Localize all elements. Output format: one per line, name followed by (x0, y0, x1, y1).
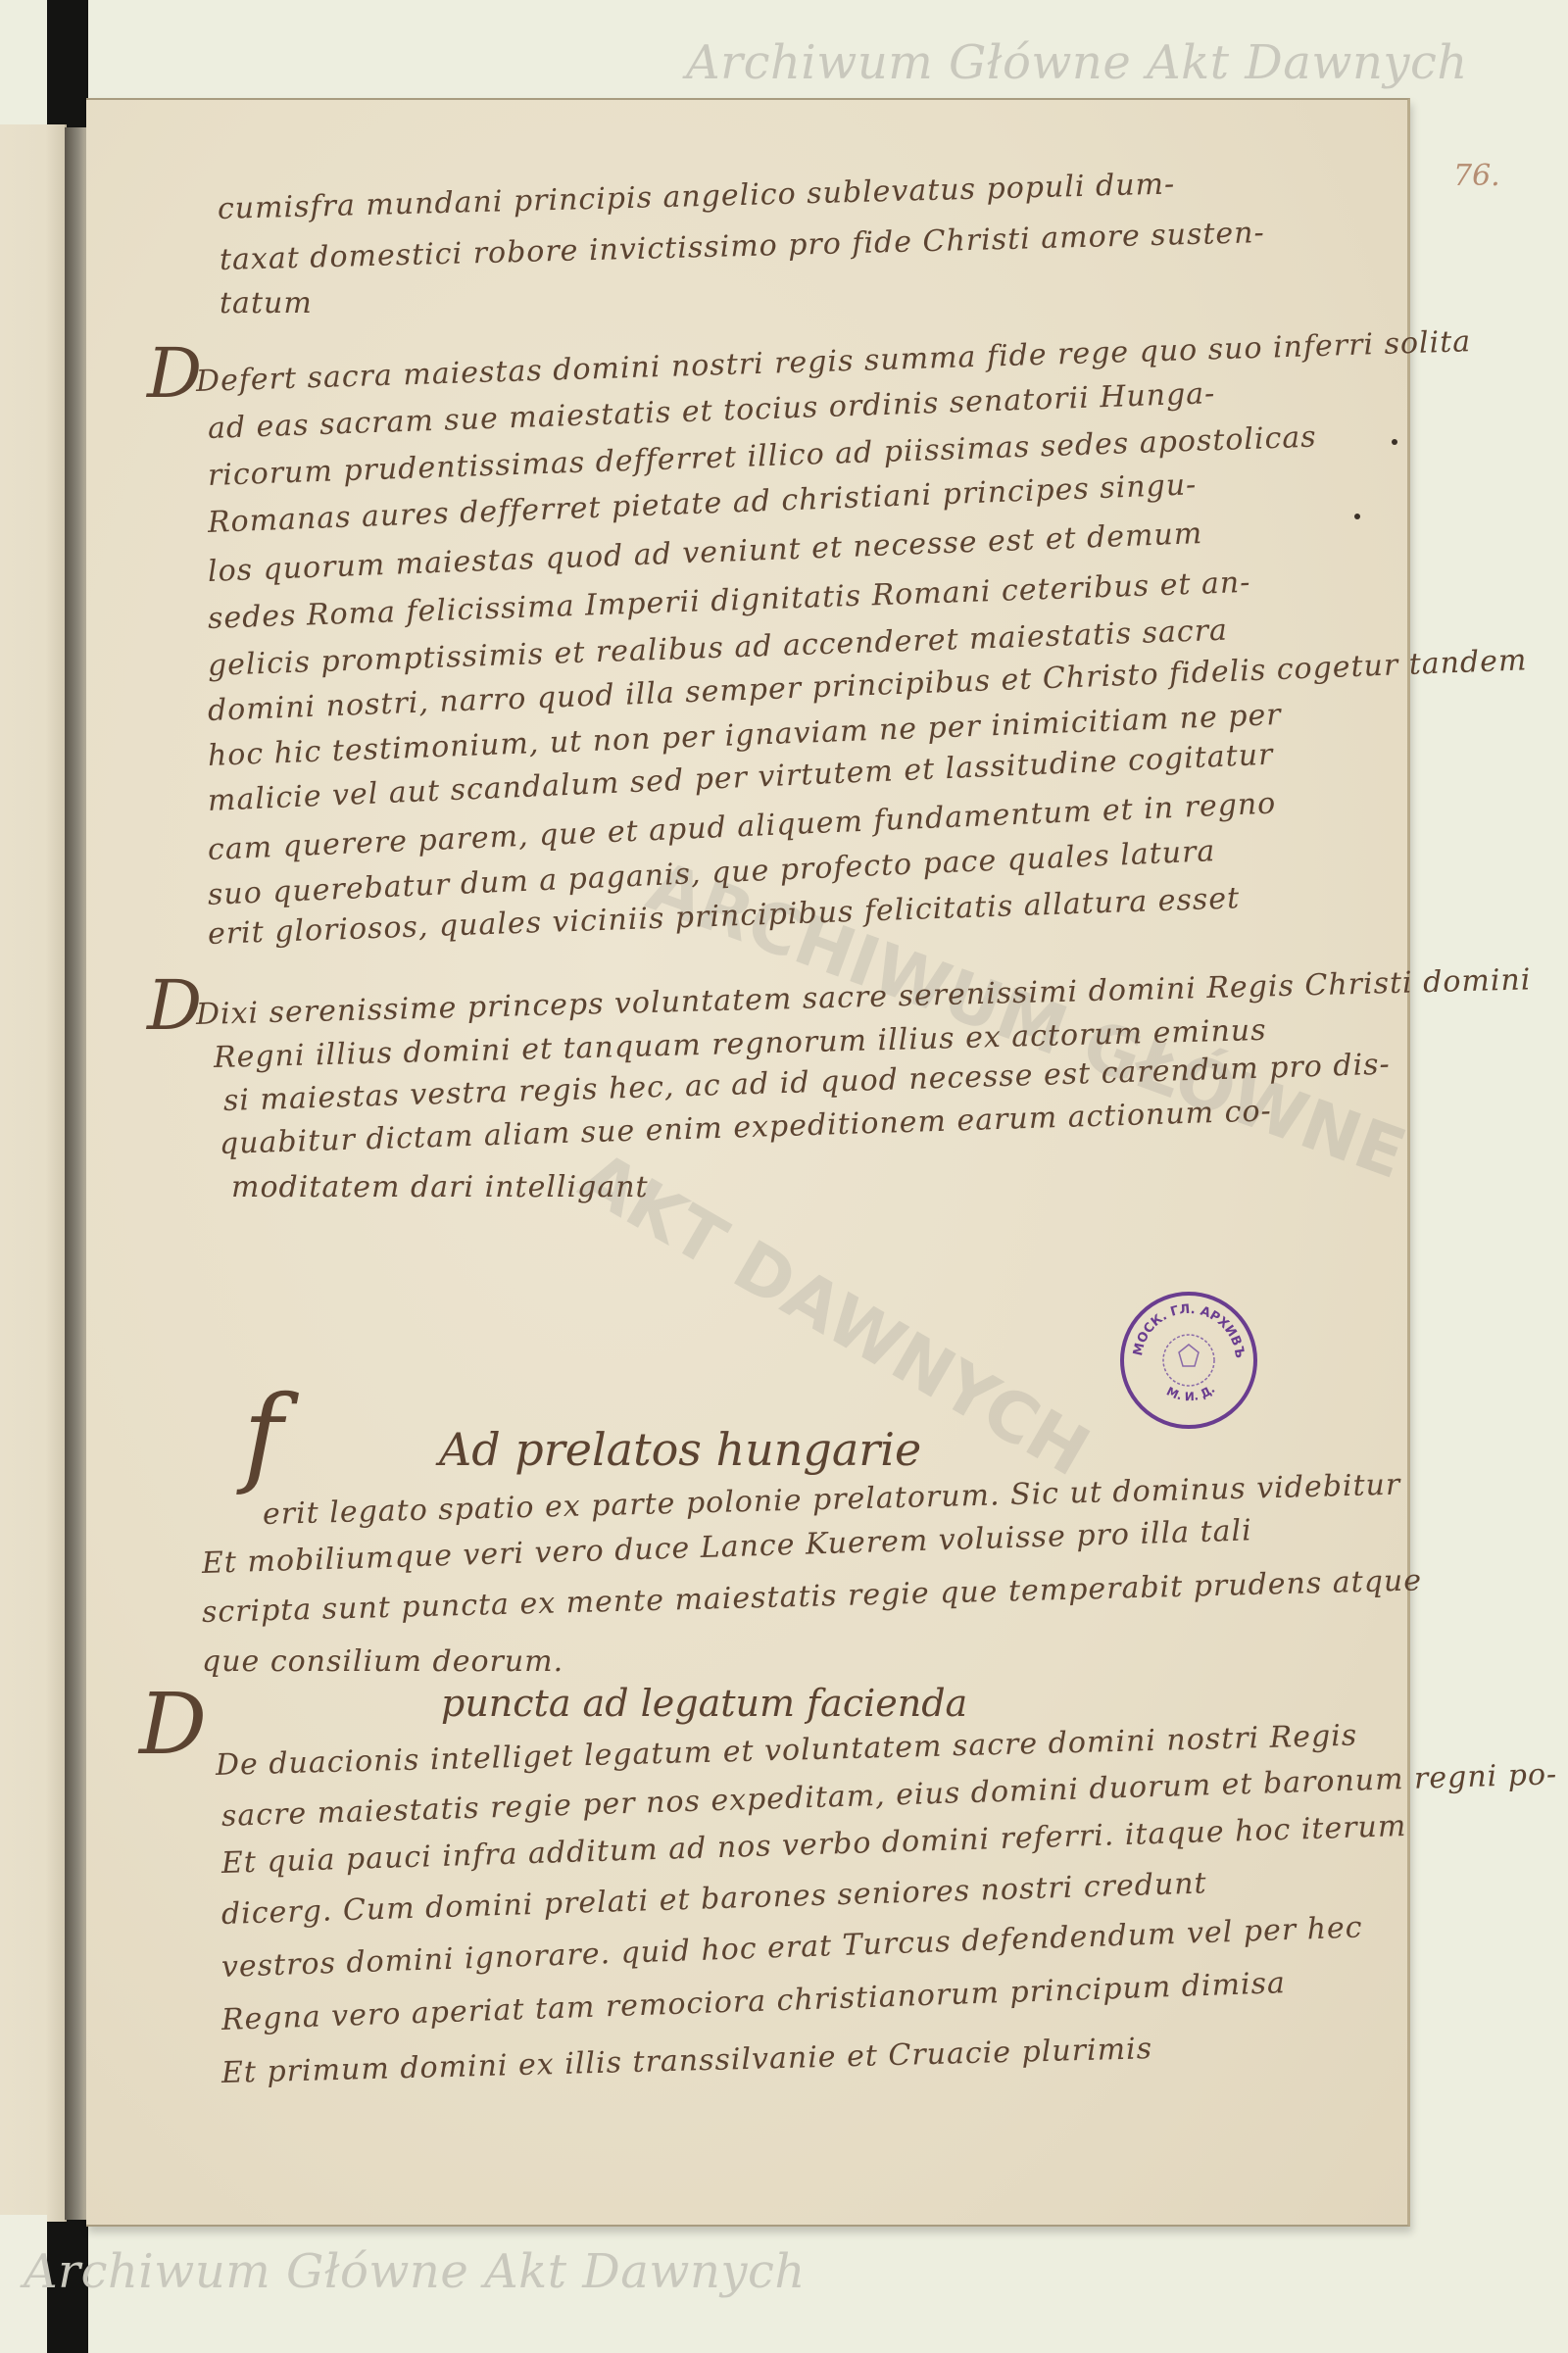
text-line: tatum (220, 286, 313, 320)
margin-dot (1354, 514, 1360, 519)
watermark-bottom: Archiwum Główne Akt Dawnych (24, 2244, 806, 2299)
initial-f: f (243, 1372, 283, 1497)
margin-dot (1392, 439, 1397, 445)
svg-text:М. И. Д.: М. И. Д. (1164, 1382, 1217, 1403)
page-gutter (65, 127, 88, 2220)
section-heading: Ad prelatos hungarie (439, 1423, 921, 1476)
initial-d: D (139, 1676, 207, 1774)
folio-number: 76. (1453, 159, 1500, 193)
text-line: moditatem dari intelligant (231, 1170, 649, 1204)
watermark-top: Archiwum Główne Akt Dawnych (686, 35, 1468, 90)
stamp-emblem-icon: МОСК. ГЛ. АРХИВЪ М. И. Д. (1124, 1296, 1253, 1425)
initial-d: D (147, 333, 202, 414)
text-line: que consilium deorum. (202, 1644, 563, 1679)
svg-text:МОСК. ГЛ. АРХИВЪ: МОСК. ГЛ. АРХИВЪ (1131, 1302, 1247, 1359)
section-subheading: puncta ad legatum facienda (441, 1682, 967, 1725)
archive-stamp: МОСК. ГЛ. АРХИВЪ М. И. Д. (1120, 1292, 1257, 1429)
initial-d: D (147, 965, 202, 1046)
left-page-edge (0, 124, 67, 2222)
